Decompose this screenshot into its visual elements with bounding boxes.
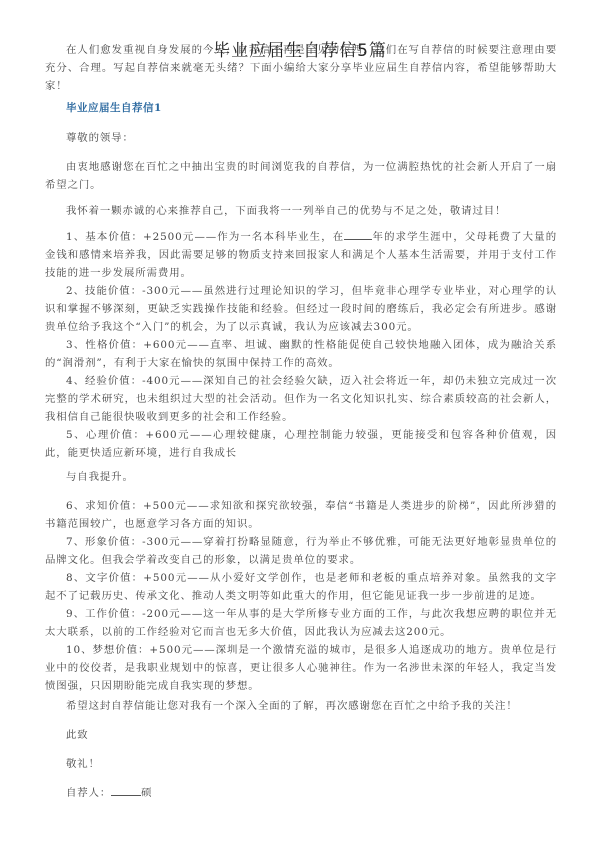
value-item-10: 10、梦想价值：+500元——深圳是一个激情充溢的城市，是很多人追逐成功的地方。… xyxy=(45,641,557,695)
intro-paragraph: 在人们愈发重视自身发展的今天，自荐信不再是罕见的东西，我们在写自荐信的时候要注意… xyxy=(45,41,557,95)
closing-paragraph: 希望这封自荐信能让您对我有一个深入全面的了解，再次感谢您在百忙之中给予我的关注！ xyxy=(45,697,557,715)
signature-blank xyxy=(111,785,141,796)
value-item-3: 3、性格价值：+600元——直率、坦诚、幽默的性格能促使自己较快地融入团体，成为… xyxy=(45,336,557,372)
signature-line: 自荐人：硕 xyxy=(45,784,557,802)
opening-paragraph: 由衷地感谢您在百忙之中抽出宝贵的时间浏览我的自荐信，为一位满腔热忱的社会新人开启… xyxy=(45,158,557,194)
document-page: 毕业应届生自荐信5篇 在人们愈发重视自身发展的今天，自荐信不再是罕见的东西，我们… xyxy=(0,0,600,849)
sign-off-line-1: 此致 xyxy=(45,726,557,744)
signature-label: 自荐人： xyxy=(66,787,111,799)
value-item-5: 5、心理价值：+600元——心理较健康，心理控制能力较强，更能接受和包容各种价值… xyxy=(45,426,557,462)
value-item-1-text-before: 1、基本价值：+2500元——作为一名本科毕业生，在 xyxy=(66,231,344,243)
signature-suffix: 硕 xyxy=(141,787,152,799)
value-item-6: 6、求知价值：+500元——求知欲和探究欲较强，奉信“书籍是人类进步的阶梯”，因… xyxy=(45,497,557,533)
blank-underline xyxy=(344,229,372,240)
value-item-8: 8、文字价值：+500元——从小爱好文学创作，也是老师和老板的重点培养对象。虽然… xyxy=(45,569,557,605)
value-item-7: 7、形象价值：-300元——穿着打扮略显随意，行为举止不够优雅，可能无法更好地彰… xyxy=(45,533,557,569)
salutation: 尊敬的领导： xyxy=(45,129,557,147)
sign-off-line-2: 敬礼！ xyxy=(45,755,557,773)
value-item-5-continuation: 与自我提升。 xyxy=(45,468,557,486)
value-item-1: 1、基本价值：+2500元——作为一名本科毕业生，在年的求学生涯中，父母耗费了大… xyxy=(45,228,557,282)
value-item-4: 4、经验价值：-400元——深知自己的社会经验欠缺，迈入社会将近一年，却仍未独立… xyxy=(45,372,557,426)
value-item-9: 9、工作价值：-200元——这一年从事的是大学所修专业方面的工作，与此次我想应聘… xyxy=(45,605,557,641)
section-heading: 毕业应届生自荐信1 xyxy=(66,100,162,115)
lead-in-paragraph: 我怀着一颗赤诚的心来推荐自己，下面我将一一列举自己的优势与不足之处，敬请过目！ xyxy=(45,202,557,220)
value-item-2: 2、技能价值：-300元——虽然进行过理论知识的学习，但毕竟非心理学专业毕业，对… xyxy=(45,282,557,336)
